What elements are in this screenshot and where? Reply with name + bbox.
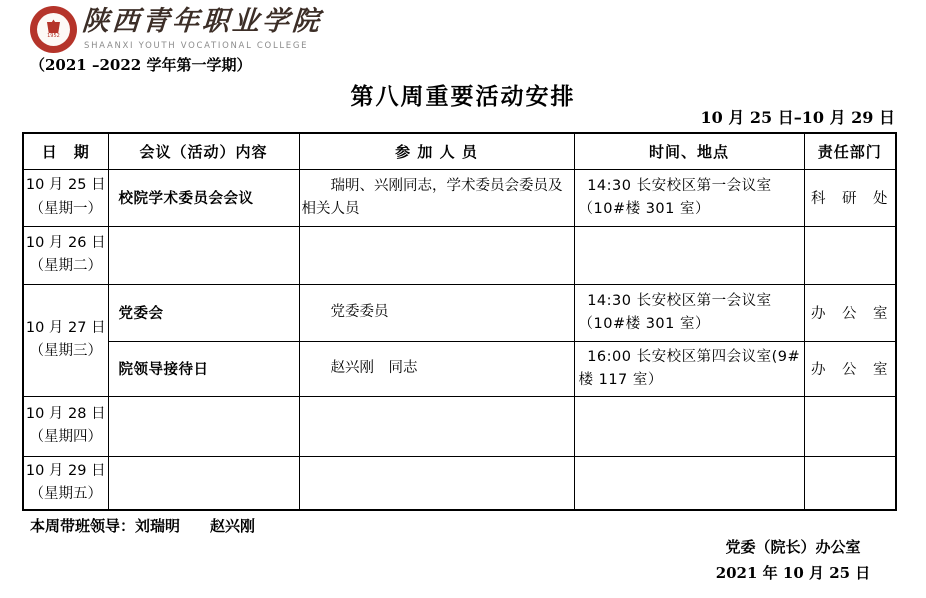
department-cell: 科 研 处	[804, 169, 896, 226]
college-name-english: SHAANXI YOUTH VOCATIONAL COLLEGE	[84, 41, 308, 51]
college-name-calligraphy: 陕西青年职业学院	[81, 6, 323, 38]
participants-cell	[299, 456, 574, 510]
college-seal-logo: 1952	[30, 6, 77, 53]
seal-ring: 1952	[30, 6, 77, 53]
column-header-content: 会议（活动）内容	[108, 133, 299, 169]
time-location-cell: 16:00 长安校区第四会议室(9#楼 117 室）	[574, 341, 804, 396]
column-header-department: 责任部门	[804, 133, 896, 169]
department-cell: 办 公 室	[804, 341, 896, 396]
weekday-text: （星期二）	[24, 255, 108, 278]
department-cell	[804, 396, 896, 456]
participants-text: 赵兴刚 同志	[300, 357, 574, 379]
time-location-cell	[574, 396, 804, 456]
content-cell: 校院学术委员会会议	[108, 169, 299, 226]
participants-text: 党委委员	[300, 301, 574, 323]
content-cell	[108, 226, 299, 284]
date-text: 10 月 27 日	[24, 317, 108, 340]
seal-year: 1952	[47, 34, 60, 39]
table-row-oct25: 10 月 25 日 （星期一） 校院学术委员会会议 瑞明、兴刚同志，学术委员会委…	[23, 169, 896, 226]
participants-cell: 党委委员	[299, 284, 574, 341]
seal-center: 1952	[37, 13, 71, 47]
time-location-text: 14:30 长安校区第一会议室（10#楼 301 室）	[575, 290, 804, 335]
weekday-text: （星期四）	[24, 426, 108, 449]
table-header-row: 日 期 会议（活动）内容 参 加 人 员 时间、地点 责任部门	[23, 133, 896, 169]
column-header-time-location: 时间、地点	[574, 133, 804, 169]
issue-date: 2021 年 10 月 25 日	[703, 560, 883, 586]
time-location-cell: 14:30 长安校区第一会议室（10#楼 301 室）	[574, 169, 804, 226]
table-row-oct26: 10 月 26 日 （星期二）	[23, 226, 896, 284]
weekly-schedule-table: 日 期 会议（活动）内容 参 加 人 员 时间、地点 责任部门 10 月 25 …	[22, 132, 897, 511]
time-location-cell	[574, 226, 804, 284]
participants-cell	[299, 396, 574, 456]
duty-leaders-line: 本周带班领导：刘瑞明 赵兴刚	[30, 515, 255, 536]
table-row-oct29: 10 月 29 日 （星期五）	[23, 456, 896, 510]
table-row-oct28: 10 月 28 日 （星期四）	[23, 396, 896, 456]
semester-label: （2021 –2022 学年第一学期）	[30, 54, 251, 75]
department-cell: 办 公 室	[804, 284, 896, 341]
time-location-text: 14:30 长安校区第一会议室（10#楼 301 室）	[575, 175, 804, 220]
week-date-range: 10 月 25 日–10 月 29 日	[701, 105, 896, 128]
weekday-text: （星期五）	[24, 483, 108, 506]
department-cell	[804, 456, 896, 510]
content-cell: 院领导接待日	[108, 341, 299, 396]
date-text: 10 月 28 日	[24, 403, 108, 426]
column-header-participants: 参 加 人 员	[299, 133, 574, 169]
issuer-office: 党委（院长）办公室	[703, 534, 883, 560]
participants-cell: 瑞明、兴刚同志，学术委员会委员及相关人员	[299, 169, 574, 226]
date-cell: 10 月 28 日 （星期四）	[23, 396, 108, 456]
date-text: 10 月 25 日	[24, 174, 108, 197]
content-cell	[108, 456, 299, 510]
column-header-date: 日 期	[23, 133, 108, 169]
table-row-oct27-a: 10 月 27 日 （星期三） 党委会 党委委员 14:30 长安校区第一会议室…	[23, 284, 896, 341]
issuer-block: 党委（院长）办公室 2021 年 10 月 25 日	[703, 534, 883, 587]
weekday-text: （星期一）	[24, 198, 108, 221]
date-cell: 10 月 27 日 （星期三）	[23, 284, 108, 396]
department-cell	[804, 226, 896, 284]
date-cell: 10 月 26 日 （星期二）	[23, 226, 108, 284]
date-cell: 10 月 29 日 （星期五）	[23, 456, 108, 510]
content-cell: 党委会	[108, 284, 299, 341]
table-row-oct27-b: 院领导接待日 赵兴刚 同志 16:00 长安校区第四会议室(9#楼 117 室）…	[23, 341, 896, 396]
participants-cell: 赵兴刚 同志	[299, 341, 574, 396]
date-text: 10 月 29 日	[24, 460, 108, 483]
time-location-cell	[574, 456, 804, 510]
weekday-text: （星期三）	[24, 340, 108, 363]
date-cell: 10 月 25 日 （星期一）	[23, 169, 108, 226]
time-location-text: 16:00 长安校区第四会议室(9#楼 117 室）	[575, 346, 804, 391]
date-text: 10 月 26 日	[24, 232, 108, 255]
time-location-cell: 14:30 长安校区第一会议室（10#楼 301 室）	[574, 284, 804, 341]
participants-text: 瑞明、兴刚同志，学术委员会委员及相关人员	[300, 175, 574, 220]
participants-cell	[299, 226, 574, 284]
document-page: 1952 陕西青年职业学院 SHAANXI YOUTH VOCATIONAL C…	[0, 0, 926, 598]
content-cell	[108, 396, 299, 456]
pagoda-emblem-icon	[47, 19, 60, 33]
